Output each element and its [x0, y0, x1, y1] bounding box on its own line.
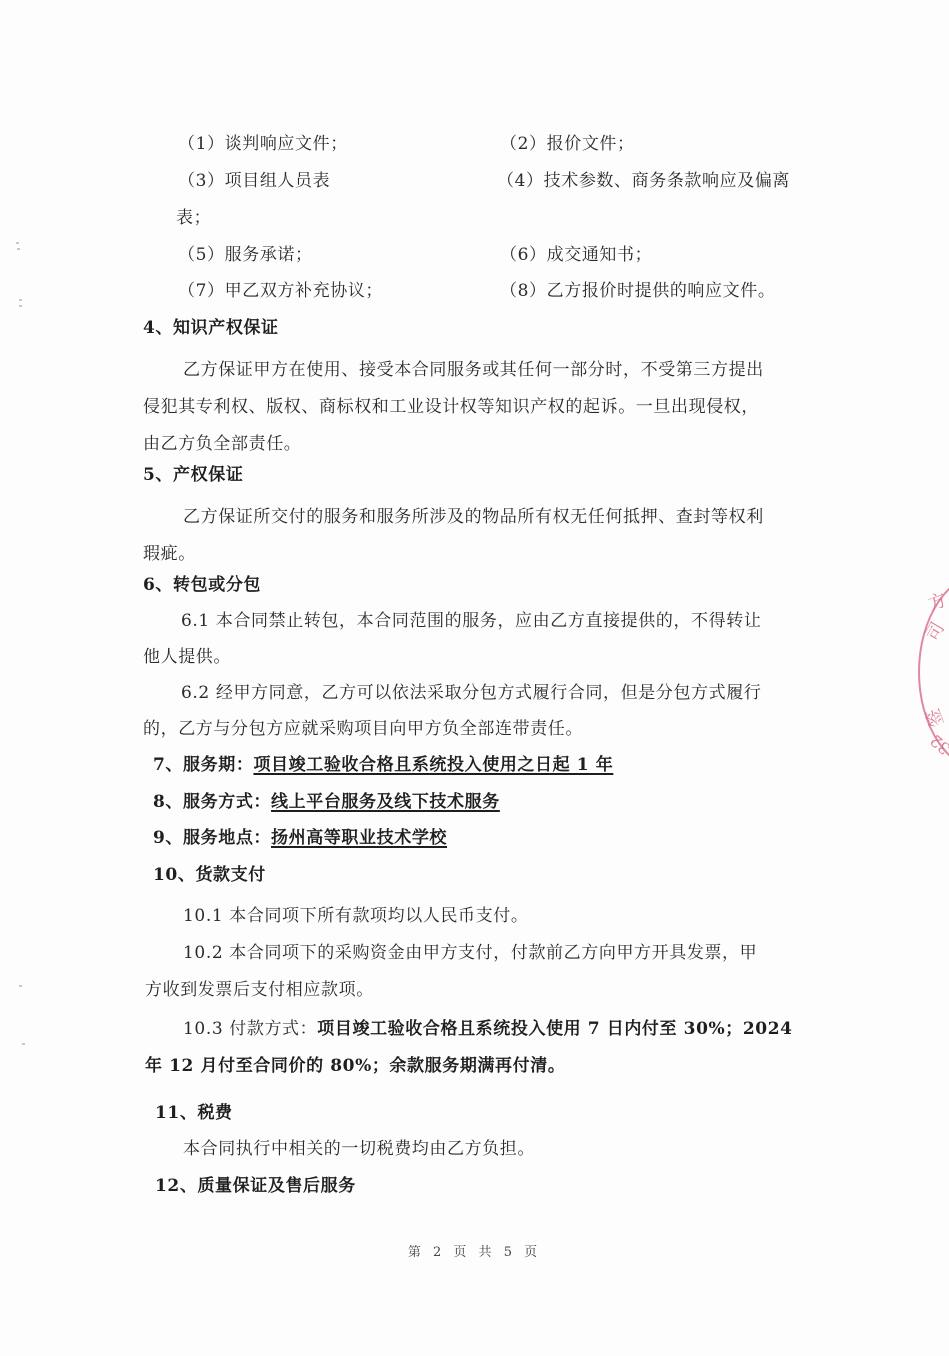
section-7: 7、服务期：项目竣工验收合格且系统投入使用之日起 1 年: [153, 754, 613, 776]
section-4-text: 乙方保证甲方在使用、接受本合同服务或其任何一部分时，不受第三方提出: [183, 359, 764, 381]
section-6-1-text: 6.1 本合同禁止转包，本合同范围的服务，应由乙方直接提供的，不得转让: [181, 610, 761, 632]
service-location-value: 扬州高等职业技术学校: [271, 828, 447, 848]
payment-method-value: 项目竣工验收合格且系统投入使用 7 日内付至 30%；2024: [317, 1019, 792, 1039]
item-6: （6）成交通知书；: [500, 244, 652, 266]
service-period-value: 项目竣工验收合格且系统投入使用之日起 1 年: [253, 755, 613, 775]
section-10-2-text: 10.2 本合同项下的采购资金由甲方支付，付款前乙方向甲方开具发票，甲: [183, 942, 757, 964]
scan-speck: [19, 299, 22, 301]
section-6-1-text: 他人提供。: [143, 646, 231, 668]
scan-speck: [16, 242, 19, 244]
item-5: （5）服务承诺；: [178, 244, 313, 266]
scan-speck: [17, 248, 20, 250]
section-6-heading: 6、转包或分包: [143, 574, 261, 596]
section-8: 8、服务方式：线上平台服务及线下技术服务: [153, 791, 500, 813]
item-1: （1）谈判响应文件；: [178, 133, 348, 155]
service-method-label: 8、服务方式：: [153, 792, 271, 812]
service-method-value: 线上平台服务及线下技术服务: [271, 792, 500, 812]
item-4: （4）技术参数、商务条款响应及偏离: [497, 170, 790, 192]
payment-method-label: 10.3 付款方式：: [183, 1019, 317, 1039]
service-period-label: 7、服务期：: [153, 755, 253, 775]
section-6-2-text: 6.2 经甲方同意，乙方可以依法采取分包方式履行合同，但是分包方式履行: [181, 682, 761, 704]
section-10-heading: 10、货款支付: [153, 864, 266, 886]
section-4-text: 侵犯其专利权、版权、商标权和工业设计权等知识产权的起诉。一旦出现侵权，: [143, 396, 759, 418]
section-10-3-text: 年 12 月付至合同价的 80%；余款服务期满再付清。: [145, 1055, 565, 1077]
item-3-continuation: 表；: [176, 207, 211, 229]
section-5-text: 瑕疵。: [143, 543, 196, 565]
section-4-heading: 4、知识产权保证: [143, 317, 279, 339]
section-4-text: 由乙方负全部责任。: [143, 433, 301, 455]
item-8: （8）乙方报价时提供的响应文件。: [500, 280, 775, 302]
section-12-heading: 12、质量保证及售后服务: [155, 1175, 356, 1197]
scan-speck: [19, 305, 22, 307]
section-10-1-text: 10.1 本合同项下所有款项均以人民币支付。: [183, 905, 528, 927]
section-10-2-text: 方收到发票后支付相应款项。: [145, 979, 374, 1001]
item-2: （2）报价文件；: [500, 133, 635, 155]
item-7: （7）甲乙双方补充协议；: [178, 280, 383, 302]
section-11-text: 本合同执行中相关的一切税费均由乙方负担。: [183, 1138, 535, 1160]
section-5-heading: 5、产权保证: [143, 464, 243, 486]
section-5-text: 乙方保证所交付的服务和服务所涉及的物品所有权无任何抵押、查封等权利: [183, 506, 764, 528]
section-6-2-text: 的，乙方与分包方应就采购项目向甲方负全部连带责任。: [143, 718, 583, 740]
section-10-3-text: 10.3 付款方式：项目竣工验收合格且系统投入使用 7 日内付至 30%；202…: [183, 1018, 793, 1040]
page-number-footer: 第 2 页 共 5 页: [0, 1241, 949, 1260]
section-11-heading: 11、税费: [155, 1102, 233, 1124]
section-9: 9、服务地点：扬州高等职业技术学校: [153, 827, 447, 849]
item-3: （3）项目组人员表: [178, 170, 330, 192]
scan-speck: [19, 985, 22, 987]
service-location-label: 9、服务地点：: [153, 828, 271, 848]
scan-speck: [22, 1043, 25, 1045]
